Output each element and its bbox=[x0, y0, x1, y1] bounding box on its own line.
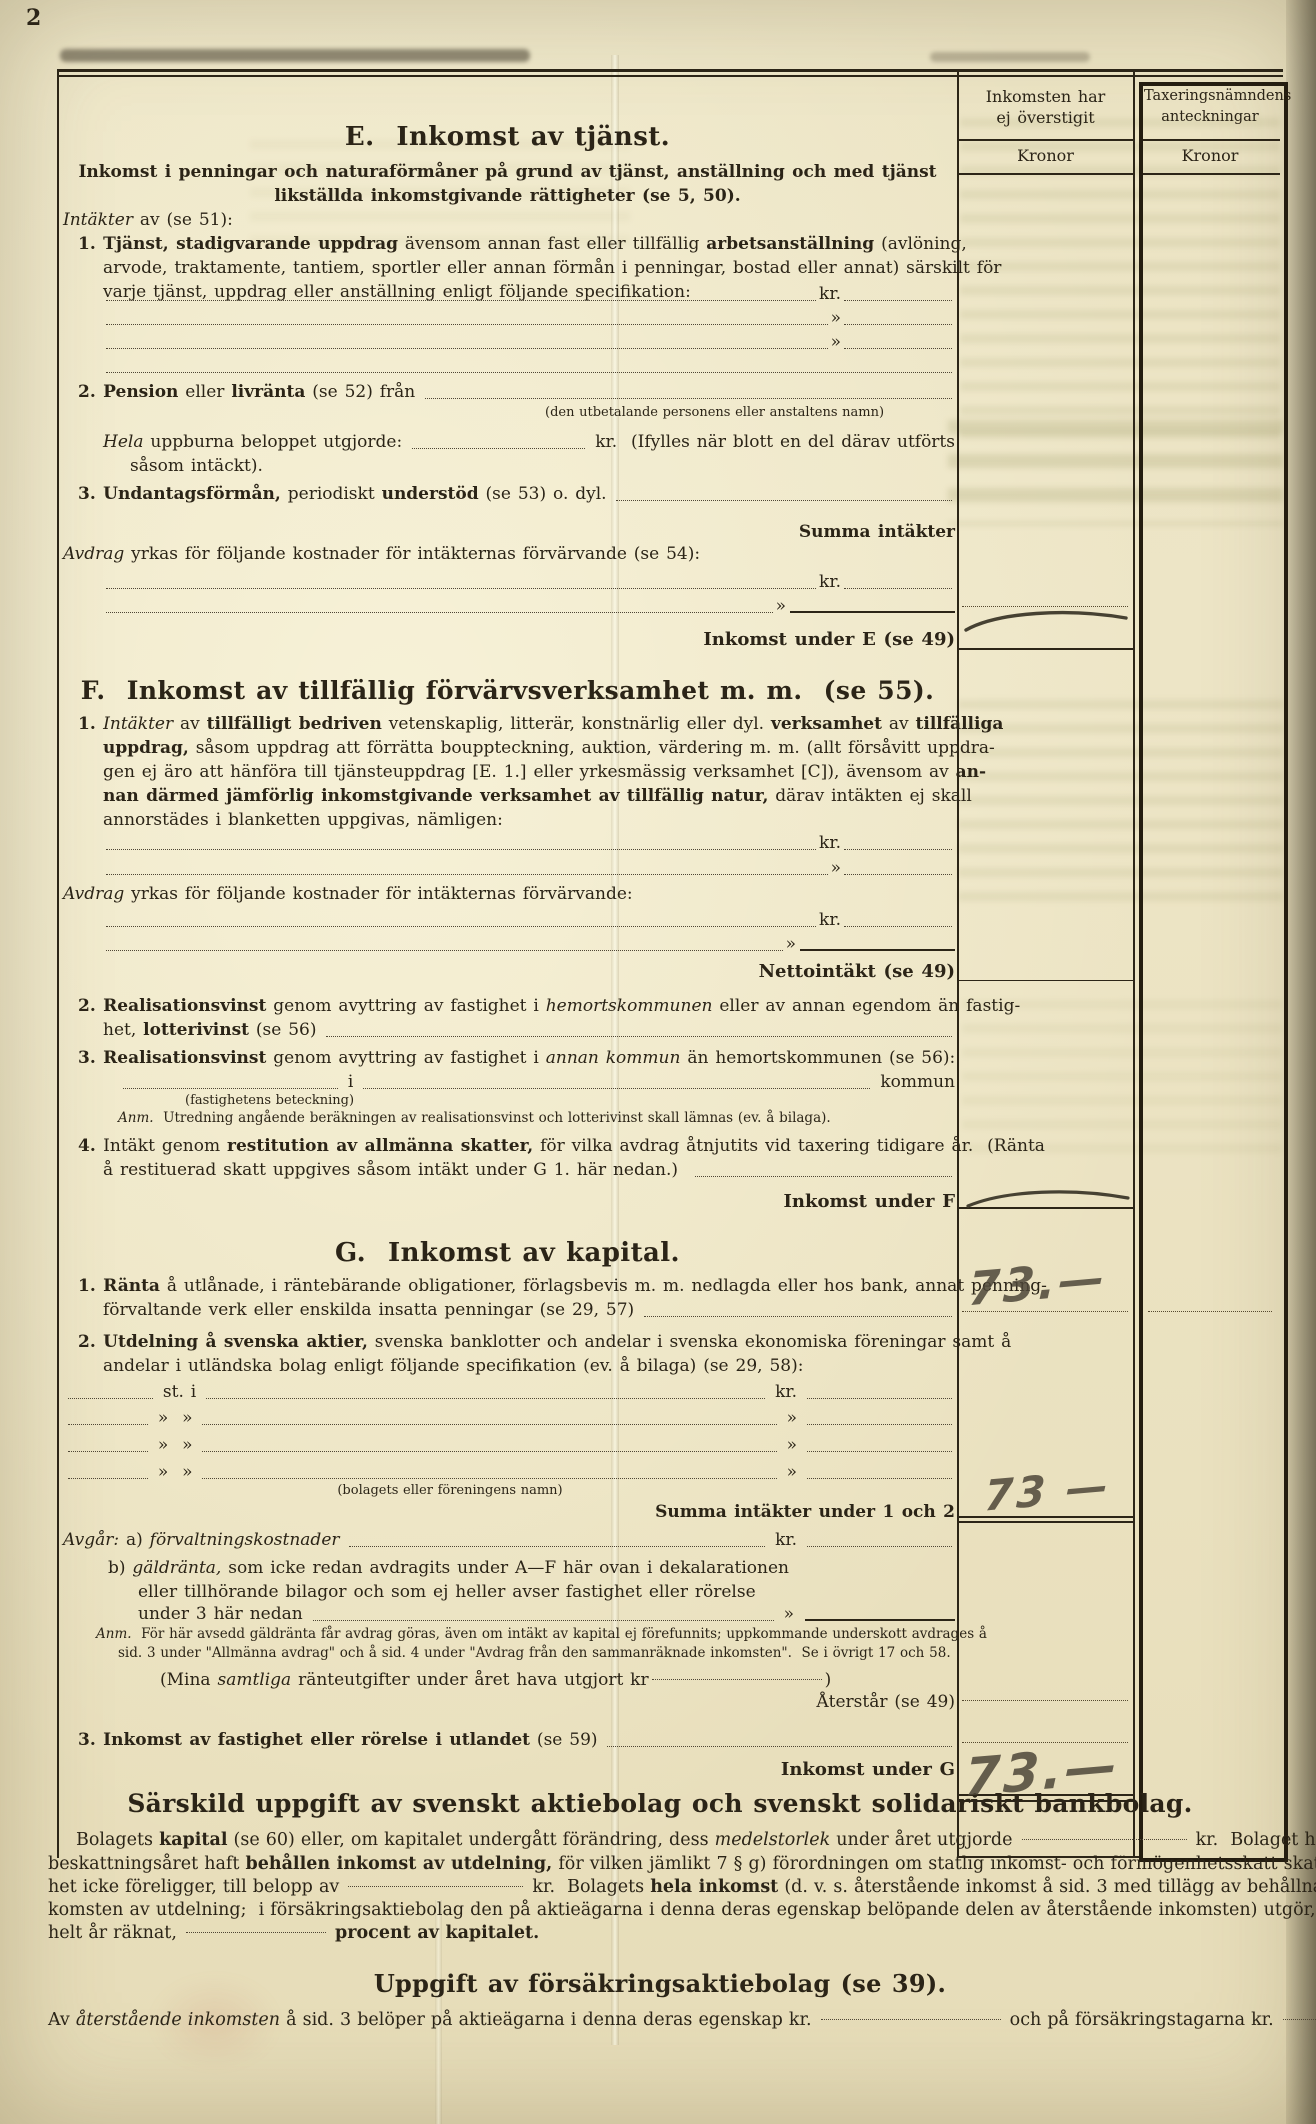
assessed-header-line2: ej överstigit bbox=[996, 108, 1094, 127]
paper-edge-shadow bbox=[1286, 0, 1316, 2124]
g-mina-ranteutgifter-row: (Mina samtliga ränteutgifter under året … bbox=[160, 1668, 831, 1692]
g-summa-1-och-2-label: Summa intäkter under 1 och 2 bbox=[555, 1500, 955, 1524]
g-anm-line1: Anm. För här avsedd gäldränta får avdrag… bbox=[96, 1626, 987, 1643]
top-rule bbox=[57, 69, 1283, 72]
f-item1-line4: nan därmed jämförlig inkomstgivande verk… bbox=[103, 784, 972, 808]
g-item1-line2: förvaltande verk eller enskilda insatta … bbox=[103, 1298, 955, 1322]
section-e-title: E. Inkomst av tjänst. bbox=[57, 122, 958, 152]
e-spec-row-1: kr. bbox=[103, 282, 955, 306]
sarskild-line3: het icke föreligger, till belopp av kr. … bbox=[48, 1875, 1316, 1899]
f-avdrag-row-1: kr. bbox=[103, 908, 955, 932]
e-spec-row-4 bbox=[103, 354, 955, 378]
assessed-unit-label: Kronor bbox=[958, 144, 1133, 168]
header-rule bbox=[957, 173, 1134, 175]
section-g-title: G. Inkomst av kapital. bbox=[57, 1238, 958, 1268]
page-number: 2 bbox=[26, 6, 41, 30]
scan-edge-smudge bbox=[60, 49, 530, 62]
g-item2-line1: 2. Utdelning å svenska aktier, svenska b… bbox=[78, 1330, 1011, 1354]
f-inkomst-under-f-label: Inkomst under F bbox=[655, 1190, 955, 1214]
g-utdelning-spec-row-4: » » » bbox=[65, 1460, 955, 1484]
f-item4-line1: 4. Intäkt genom restitution av allmänna … bbox=[78, 1134, 1045, 1158]
sarskild-line4: komsten av utdelning; i försäkringsaktie… bbox=[48, 1898, 1316, 1922]
g-galdranta-line1: b) gäldränta, som icke redan avdragits u… bbox=[108, 1556, 789, 1580]
top-rule-2 bbox=[57, 75, 1283, 77]
assessed-header-line1: Inkomsten har bbox=[986, 87, 1106, 106]
e-spec-row-2: » bbox=[103, 306, 955, 330]
section-e-subtitle-1: Inkomst i penningar och naturaförmåner p… bbox=[57, 160, 958, 184]
section-e-subtitle-2: likställda inkomstgivande rättigheter (s… bbox=[57, 184, 958, 208]
e-hela-beloppet-row: Hela uppburna beloppet utgjorde: kr. (If… bbox=[103, 430, 955, 454]
f-item1-line5: annorstädes i blanketten uppgivas, nämli… bbox=[103, 808, 503, 832]
forsakring-paragraph: Av återstående inkomsten å sid. 3 belöpe… bbox=[48, 2008, 1316, 2032]
handwritten-amount-summa: 73 — bbox=[983, 1460, 1111, 1520]
forsakring-title: Uppgift av försäkringsaktiebolag (se 39)… bbox=[40, 1970, 1280, 1998]
f-item2-line2: het, lotterivinst (se 56) bbox=[103, 1018, 955, 1042]
board-unit-label: Kronor bbox=[1144, 144, 1276, 168]
g-galdranta-line3: under 3 här nedan » bbox=[138, 1602, 955, 1626]
column-divider bbox=[1133, 69, 1135, 1858]
g-avgar-forvaltningskostnader-row: Avgår: a) förvaltningskostnader kr. bbox=[63, 1528, 955, 1552]
board-column-box bbox=[1139, 82, 1288, 1862]
f-item1-line2: uppdrag, såsom uppdrag att förrätta boup… bbox=[103, 736, 995, 760]
handwritten-dash-stroke-e bbox=[958, 598, 1138, 646]
g-galdranta-line2: eller tillhörande bilagor och som ej hel… bbox=[138, 1580, 756, 1604]
g-item3-row: 3. Inkomst av fastighet eller rörelse i … bbox=[78, 1728, 955, 1752]
header-rule bbox=[1143, 173, 1280, 175]
f-spec-row-2: » bbox=[103, 856, 955, 880]
amount-cell-rule bbox=[957, 980, 1134, 981]
f-item1-line1: 1. Intäkter av tillfälligt bedriven vete… bbox=[78, 712, 1003, 736]
g-aterstar-label: Återstår (se 49) bbox=[655, 1690, 955, 1714]
e-item1-line2: arvode, traktamente, tantiem, sportler e… bbox=[103, 256, 1001, 280]
handwritten-amount-g1: 73.— bbox=[967, 1250, 1108, 1317]
g-utdelning-spec-row-2: » » » bbox=[65, 1406, 955, 1430]
e-item3-row: 3. Undantagsförmån, periodiskt understöd… bbox=[78, 482, 955, 506]
e-inkomst-under-e-label: Inkomst under E (se 49) bbox=[600, 628, 955, 652]
g-anm-line2: sid. 3 under "Allmänna avdrag" och å sid… bbox=[118, 1645, 951, 1662]
header-rule bbox=[1143, 139, 1280, 141]
f-avdrag-lead: Avdrag yrkas för följande kostnader för … bbox=[63, 882, 633, 906]
g-item1-line1: 1. Ränta å utlånade, i räntebärande obli… bbox=[78, 1274, 1047, 1298]
column-header-board: Taxeringsnämndensanteckningar bbox=[1144, 86, 1276, 128]
f-avdrag-row-2: » bbox=[103, 932, 955, 956]
table-left-border bbox=[57, 69, 59, 1858]
scan-edge-smudge bbox=[930, 52, 1090, 62]
f-spec-row-1: kr. bbox=[103, 831, 955, 855]
sarskild-line5: helt år räknat, procent av kapitalet. bbox=[48, 1921, 539, 1945]
amount-cell-rule bbox=[962, 1700, 1128, 1701]
amount-cell-rule bbox=[957, 648, 1134, 650]
e-avdrag-row-1: kr. bbox=[103, 570, 955, 594]
sarskild-line1: Bolagets kapital (se 60) eller, om kapit… bbox=[76, 1828, 1316, 1852]
f-item3-line1: 3. Realisationsvinst genom avyttring av … bbox=[78, 1046, 955, 1070]
board-header-line2: anteckningar bbox=[1161, 109, 1258, 125]
board-header-line1: Taxeringsnämndens bbox=[1144, 88, 1291, 104]
e-hela-beloppet-line2: såsom intäckt). bbox=[130, 454, 263, 478]
e-summa-intakter-label: Summa intäkter bbox=[655, 520, 955, 544]
e-avdrag-row-2: » bbox=[103, 594, 955, 618]
e-item2-payer-note: (den utbetalande personens eller anstalt… bbox=[545, 404, 884, 421]
g-utdelning-spec-row-3: » » » bbox=[65, 1433, 955, 1457]
f-item2-line1: 2. Realisationsvinst genom avyttring av … bbox=[78, 994, 1020, 1018]
f-item1-line3: gen ej äro att hänföra till tjänsteuppdr… bbox=[103, 760, 986, 784]
header-rule bbox=[957, 139, 1134, 141]
g-inkomst-under-g-label: Inkomst under G bbox=[655, 1758, 955, 1782]
e-item2-pension-row: 2. Pension eller livränta (se 52) från bbox=[78, 380, 955, 404]
section-f-title: F. Inkomst av tillfällig förvärvsverksam… bbox=[57, 676, 958, 706]
e-intakter-lead: Intäkter av (se 51): bbox=[63, 208, 233, 232]
g-bolag-note: (bolagets eller föreningens namn) bbox=[300, 1482, 600, 1499]
handwritten-dash-stroke-f bbox=[958, 1176, 1138, 1224]
amount-cell-rule bbox=[957, 1521, 1134, 1523]
f-item3-kommun-row: i kommun bbox=[120, 1070, 955, 1094]
g-utdelning-spec-row-1: st. i kr. bbox=[65, 1380, 955, 1404]
e-avdrag-lead: Avdrag yrkas för följande kostnader för … bbox=[63, 542, 700, 566]
column-header-assessed: Inkomsten harej överstigit bbox=[958, 86, 1133, 128]
f-nettointakt-label: Nettointäkt (se 49) bbox=[655, 960, 955, 984]
f-anm-note: Anm. Utredning angående beräkningen av r… bbox=[118, 1110, 831, 1127]
f-fastighet-note: (fastighetens beteckning) bbox=[185, 1092, 354, 1109]
f-item4-line2: å restituerad skatt uppgives såsom intäk… bbox=[103, 1158, 955, 1182]
e-spec-row-3: » bbox=[103, 330, 955, 354]
g-item2-line2: andelar i utländska bolag enligt följand… bbox=[103, 1354, 803, 1378]
column-divider bbox=[957, 69, 959, 1858]
sarskild-line2: beskattningsåret haft behållen inkomst a… bbox=[48, 1852, 1316, 1876]
scanned-tax-form-page-2: 2 Inkomsten harej överstigit Taxeringsnä… bbox=[0, 0, 1316, 2124]
amount-cell-rule bbox=[1148, 1311, 1272, 1312]
e-item1-line1: 1. Tjänst, stadigvarande uppdrag ävensom… bbox=[78, 232, 967, 256]
